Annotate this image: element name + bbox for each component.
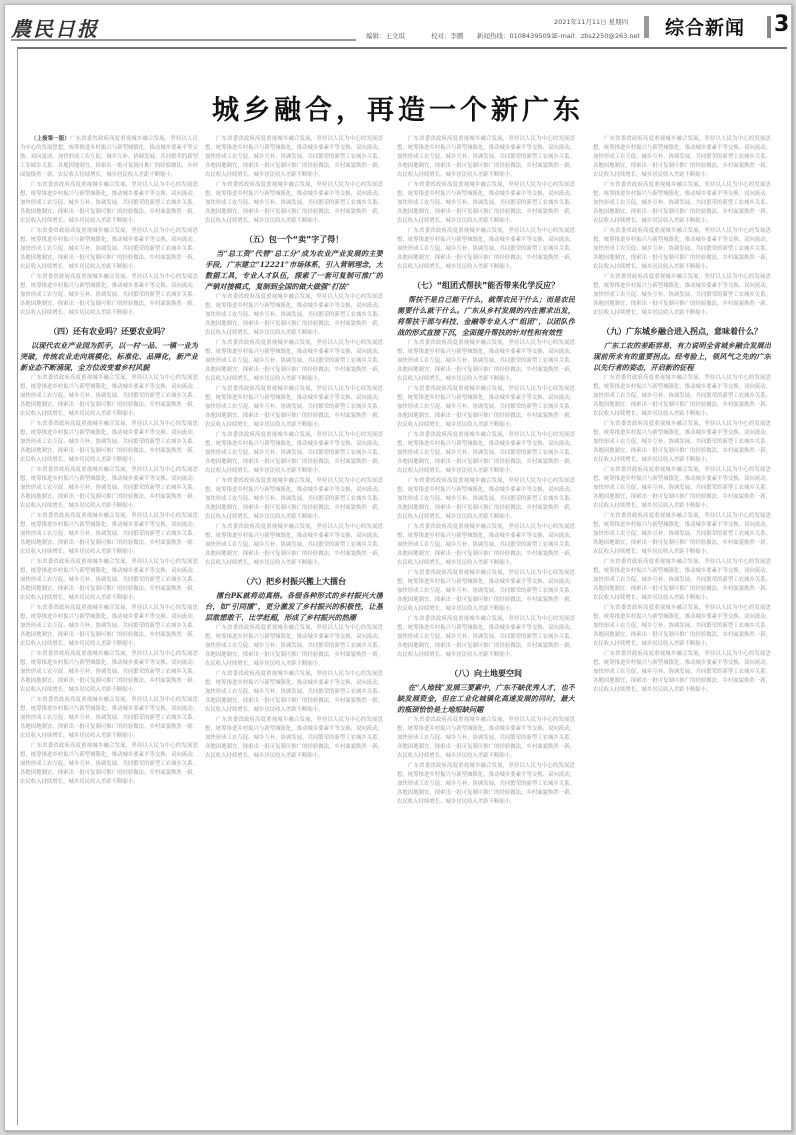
subhead-5-lede: 当“总工资”代替“总工分”成为农业产业发展的主要手段，广东建立“12221”市场… bbox=[205, 248, 383, 292]
subhead-9-lede: 广东工农的差距容易，有力说明全省城乡融合发展出现前所未有的重要拐点。经考验上，领… bbox=[593, 340, 771, 373]
subhead-8: （八）向土地要空间 bbox=[397, 669, 575, 678]
masthead-rule bbox=[11, 39, 356, 41]
article-column-1: （上接第一版）广东省委省政府高度重视城乡融合发展，坚持以人民为中心的发展思想，统… bbox=[20, 135, 198, 1120]
masthead: 農民日报 编辑：王文琪 校对：李鹏 新闻热线：01084395091 2021年… bbox=[11, 9, 787, 43]
article-headline: 城乡融合，再造一个新广东 bbox=[0, 88, 796, 127]
subhead-8-lede: 在“人地钱”发展三要素中，广东不缺优秀人才，也不缺发展资金，但在工业化城镇化高速… bbox=[397, 682, 575, 715]
editor-credit: 编辑：王文琪 bbox=[366, 31, 405, 40]
contact-email: E-mail：zbs2250@263.net bbox=[554, 31, 640, 40]
proofreader-credit: 校对：李鹏 bbox=[431, 31, 464, 40]
divider-bar bbox=[767, 16, 771, 38]
article-column-4: 广东省委省政府高度重视城乡融合发展，坚持以人民为中心的发展思想，统筹推进乡村振兴… bbox=[593, 135, 771, 1035]
issue-date: 2021年11月11日 星期四 bbox=[554, 17, 628, 26]
subhead-6-lede: 擂台PK就将动真格。各级各种形式的乡村振兴大擂台，如“引同擂”，更分激发了乡村振… bbox=[205, 590, 383, 623]
subhead-9: （九）广东城乡融合进入拐点，意味着什么？ bbox=[593, 327, 771, 336]
continued-from-tag: （上接第一版） bbox=[31, 136, 70, 142]
section-title: 综合新闻 bbox=[665, 13, 745, 40]
subhead-7-lede: 帮扶不是自己能干什么，就帮农民干什么；而是农民需要什么就干什么。广东从乡村发展的… bbox=[397, 294, 575, 338]
newspaper-logo: 農民日报 bbox=[11, 13, 99, 42]
page-number: 3 bbox=[774, 12, 789, 37]
subhead-7: （七）“组团式帮扶”能否带来化学反应？ bbox=[397, 281, 575, 290]
subhead-6: （六）把乡村振兴搬上大擂台 bbox=[205, 577, 383, 586]
subhead-4: （四）还有农业吗？还要农业吗？ bbox=[20, 327, 198, 336]
article-column-2: 广东省委省政府高度重视城乡融合发展，坚持以人民为中心的发展思想，统筹推进乡村振兴… bbox=[205, 135, 383, 1120]
subhead-4-lede: 以现代农业产业园为抓手，以一村一品、一镇一业为突破，传统农业走向规模化、标准化、… bbox=[20, 340, 198, 373]
news-hotline: 新闻热线：01084395091 bbox=[477, 31, 555, 40]
divider-bar bbox=[644, 16, 649, 38]
subhead-5: （五）包一个“卖”字了得！ bbox=[205, 235, 383, 244]
article-column-3: 广东省委省政府高度重视城乡融合发展，坚持以人民为中心的发展思想，统筹推进乡村振兴… bbox=[397, 135, 575, 1120]
